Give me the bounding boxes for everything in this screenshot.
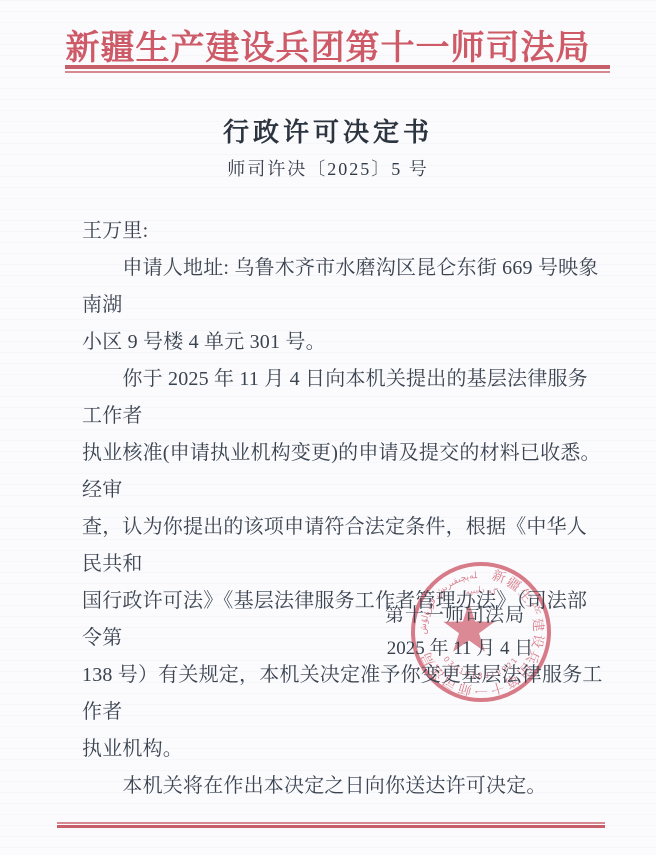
body-line: 138 号）有关规定，本机关决定准予你变更基层法律服务工作者 [82, 657, 604, 731]
letterhead-rule-thin [65, 71, 610, 73]
body-line: 查，认为你提出的该项申请符合法定条件，根据《中华人民共和 [82, 509, 604, 583]
body-line: 申请人地址: 乌鲁木齐市水磨沟区昆仑东街 669 号映象南湖 [82, 250, 604, 324]
scanned-document-page: 新疆生产建设兵团第十一师司法局 行政许可决定书 师司许决〔2025〕5 号 王万… [0, 0, 656, 855]
body-line: 本机关将在作出本决定之日向你送达许可决定。 [82, 768, 604, 805]
footer-rule [57, 822, 605, 828]
footer-rule-thick [57, 825, 605, 829]
document-body: 王万里: 申请人地址: 乌鲁木齐市水磨沟区昆仑东街 669 号映象南湖 小区 9… [82, 213, 604, 805]
body-line: 执业核准(申请执业机构变更)的申请及提交的材料已收悉。经审 [82, 435, 604, 509]
agency-letterhead-title: 新疆生产建设兵团第十一师司法局 [0, 20, 656, 69]
body-line: 执业机构。 [82, 731, 604, 768]
letterhead-rule [65, 65, 610, 73]
body-line: 你于 2025 年 11 月 4 日向本机关提出的基层法律服务工作者 [82, 361, 604, 435]
document-title: 行政许可决定书 [0, 112, 656, 149]
document-number: 师司许决〔2025〕5 号 [0, 155, 656, 181]
signature-organization: 第十一师司法局 [355, 600, 555, 627]
signature-date: 2025 年 11 月 4 日 [360, 633, 560, 660]
body-line-recipient: 王万里: [82, 213, 604, 250]
body-line: 小区 9 号楼 4 单元 301 号。 [82, 324, 604, 361]
